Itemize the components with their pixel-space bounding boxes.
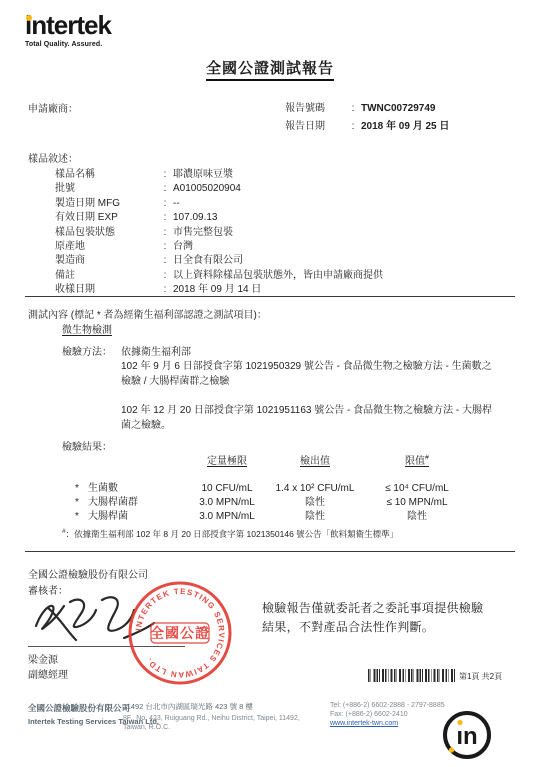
method-item: 102 年 12 月 20 日部授食字第 1021951163 號公告 - 食品… (121, 404, 493, 433)
page-number: 第1頁 共2頁 (459, 671, 502, 682)
logo-yellow-dot-icon (26, 15, 32, 21)
limit-footnote-mark: # (425, 455, 429, 462)
sample-row-label: 有效日期 EXP (55, 211, 157, 225)
footer-tel: Tel: (+886-2) 6602-2888 - 2797-8885 (330, 701, 445, 710)
company-stamp-icon: INTERTEK TESTING SERVICES TAIWAN LTD. 全國… (127, 580, 233, 686)
colon: : (345, 118, 361, 136)
result-loq: 3.0 MPN/mL (187, 496, 267, 510)
sample-row-value: 107.09.13 (173, 211, 218, 225)
intertek-logo: intertek Total Quality. Assured. (25, 10, 111, 48)
sample-section-title: 樣品敘述： (28, 150, 383, 165)
report-disclaimer: 檢驗報告僅就委託者之委託事項提供檢驗結果，不對產品合法性作判斷。 (262, 599, 492, 637)
sample-row-label: 樣品包裝狀態 (55, 226, 157, 240)
sample-row: 製造日期 MFG : -- (55, 197, 383, 211)
test-category: 微生物檢測 (62, 321, 112, 336)
colon: : (157, 197, 173, 211)
colon: : (157, 240, 173, 254)
colon: : (157, 226, 173, 240)
sample-row-value: 日全食有限公司 (173, 254, 243, 268)
results-table: 定量極限 檢出值 限值# *生菌數 10 CFU/mL 1.4 x 10² CF… (75, 452, 471, 525)
result-limit: 陰性 (363, 510, 471, 524)
sample-row: 樣品名稱 : 耶濃原味豆漿 (55, 168, 383, 182)
report-number-row: 報告號碼 : TWNC00729749 (285, 100, 449, 118)
report-title: 全國公證測試報告 (206, 57, 334, 81)
colon: : (157, 211, 173, 225)
sample-row-label: 樣品名稱 (55, 168, 157, 182)
result-limit: ≤ 10 MPN/mL (363, 496, 471, 510)
result-row: *大腸桿菌群 3.0 MPN/mL 陰性 ≤ 10 MPN/mL (75, 496, 471, 510)
intertek-roundel-icon: ın (441, 709, 493, 761)
test-method: 檢驗方法： 依據衛生福利部 102 年 9 月 6 日部授食字第 1021950… (62, 346, 493, 433)
colon: : (157, 182, 173, 196)
sample-row-label: 製造日期 MFG (55, 197, 157, 211)
footer-address-zh: 11492 台北市內湖區瑞光路 423 號 8 樓 (123, 702, 321, 711)
result-detected: 1.4 x 10² CFU/mL (267, 482, 363, 496)
results-label: 檢驗結果： (62, 438, 112, 453)
applicant-label: 申請廠商： (28, 100, 78, 115)
footer-contact: Tel: (+886-2) 6602-2888 - 2797-8885 Fax:… (330, 701, 445, 728)
method-source: 依據衛生福利部 (121, 346, 493, 360)
result-item-name: 生菌數 (88, 482, 118, 496)
svg-text:ın: ın (456, 723, 477, 750)
sample-row-value: 耶濃原味豆漿 (173, 168, 233, 182)
sample-row-label: 備註 (55, 269, 157, 283)
result-loq: 10 CFU/mL (187, 482, 267, 496)
sample-row-value: 以上資料除樣品包裝狀態外，皆由申請廠商提供 (173, 269, 383, 283)
sample-row-label: 原產地 (55, 240, 157, 254)
sample-row-value: 市售完整包裝 (173, 226, 233, 240)
sample-row: 有效日期 EXP : 107.09.13 (55, 211, 383, 225)
barcode (368, 669, 455, 682)
sample-row-label: 批號 (55, 182, 157, 196)
report-date-row: 報告日期 : 2018 年 09 月 25 日 (285, 118, 449, 136)
column-limit: 限值# (405, 456, 429, 467)
sample-row: 製造商 : 日全食有限公司 (55, 254, 383, 268)
logo-tagline: Total Quality. Assured. (25, 41, 111, 48)
result-detected: 陰性 (267, 496, 363, 510)
reviewer-title: 副總經理 (28, 666, 68, 681)
test-content-heading: 測試內容 (標記 * 者為經衛生福利部認證之測試項目)： (28, 306, 267, 321)
result-row: *生菌數 10 CFU/mL 1.4 x 10² CFU/mL ≤ 10⁴ CF… (75, 482, 471, 496)
footer-address: 11492 台北市內湖區瑞光路 423 號 8 樓 8F., No. 423, … (123, 702, 321, 732)
report-number-value: TWNC00729749 (361, 100, 435, 118)
footnote-text: ：依據衛生福利部 102 年 8 月 20 日部授食字第 1021350146 … (66, 529, 399, 539)
approval-company: 全國公證檢驗股份有限公司 (28, 566, 148, 581)
footer-fax: Fax: (+886-2) 6602-2410 (330, 710, 445, 719)
result-limit: ≤ 10⁴ CFU/mL (363, 482, 471, 496)
results-table-header: 定量極限 檢出值 限值# (75, 452, 471, 467)
intertek-logo-text: intertek (25, 10, 111, 40)
method-item: 102 年 9 月 6 日部授食字第 1021950329 號公告 - 食品微生… (121, 360, 493, 389)
sample-row-value: A01005020904 (173, 182, 241, 196)
result-item-name: 大腸桿菌群 (88, 496, 138, 510)
colon: : (345, 100, 361, 118)
column-detected: 檢出值 (300, 456, 330, 467)
report-number-label: 報告號碼 (285, 100, 345, 118)
colon: : (157, 254, 173, 268)
sample-row-value: 台灣 (173, 240, 193, 254)
table-footnote: #：依據衛生福利部 102 年 8 月 20 日部授食字第 1021350146… (62, 528, 398, 540)
section-divider (25, 551, 515, 552)
sample-row: 原產地 : 台灣 (55, 240, 383, 254)
report-page: intertek Total Quality. Assured. 全國公證測試報… (0, 0, 540, 767)
result-row: *大腸桿菌 3.0 MPN/mL 陰性 陰性 (75, 510, 471, 524)
colon: : (157, 269, 173, 283)
sample-section: 樣品敘述： 樣品名稱 : 耶濃原味豆漿 批號 : A01005020904 製造… (28, 150, 383, 298)
sample-row-value: -- (173, 197, 180, 211)
certified-mark: * (75, 482, 88, 496)
column-loq: 定量極限 (207, 456, 247, 467)
stamp-center-text: 全國公證 (150, 625, 210, 641)
method-label: 檢驗方法： (62, 346, 121, 433)
sample-row: 備註 : 以上資料除樣品包裝狀態外，皆由申請廠商提供 (55, 269, 383, 283)
report-date-label: 報告日期 (285, 118, 345, 136)
report-fields: 報告號碼 : TWNC00729749 報告日期 : 2018 年 09 月 2… (285, 100, 449, 136)
sample-row-label: 製造商 (55, 254, 157, 268)
footer-address-en: 8F., No. 423, Ruiguang Rd., Neihu Distri… (123, 714, 321, 732)
result-detected: 陰性 (267, 510, 363, 524)
report-date-value: 2018 年 09 月 25 日 (361, 118, 449, 136)
colon: : (157, 168, 173, 182)
sample-row: 樣品包裝狀態 : 市售完整包裝 (55, 226, 383, 240)
section-divider (25, 296, 515, 297)
result-loq: 3.0 MPN/mL (187, 510, 267, 524)
reviewer-name: 梁金源 (28, 651, 58, 666)
sample-row: 批號 : A01005020904 (55, 182, 383, 196)
footer-website-link[interactable]: www.intertek-twn.com (330, 720, 398, 727)
result-item-name: 大腸桿菌 (88, 510, 128, 524)
certified-mark: * (75, 510, 88, 524)
certified-mark: * (75, 496, 88, 510)
